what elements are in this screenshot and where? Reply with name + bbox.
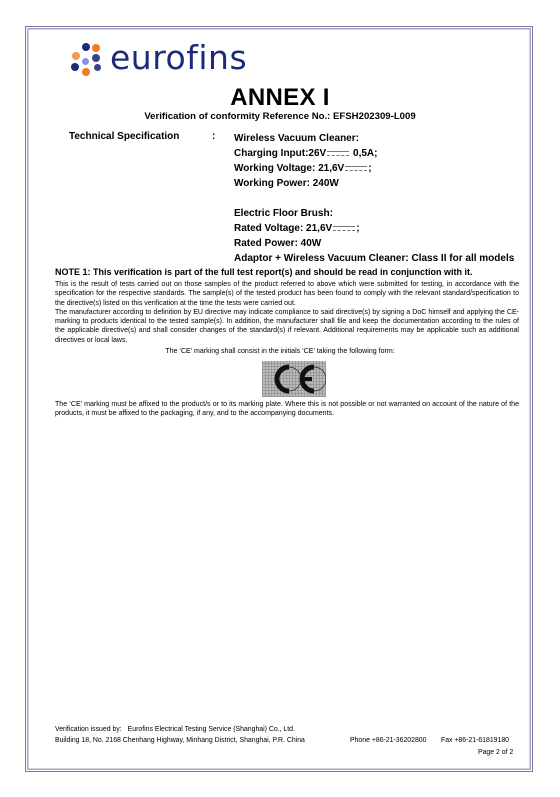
eurofins-dots-icon xyxy=(70,42,104,76)
page-number: Page 2 of 2 xyxy=(478,749,513,756)
dc-symbol-icon xyxy=(345,165,367,172)
spec-line: Adaptor + Wireless Vacuum Cleaner: Class… xyxy=(234,251,514,266)
note-body: This is the result of tests carried out … xyxy=(55,280,519,345)
spec-line: Working Voltage: 21,6V; xyxy=(234,161,514,176)
footer-issued: Verification issued by:Eurofins Electric… xyxy=(55,726,295,733)
issuer-name: Eurofins Electrical Testing Service (Sha… xyxy=(128,726,295,733)
note-heading: NOTE 1: This verification is part of the… xyxy=(55,267,473,277)
spec-line: Working Power: 240W xyxy=(234,176,514,191)
brand-name: eurofins xyxy=(110,41,247,74)
reference-number: Verification of conformity Reference No.… xyxy=(0,111,560,122)
issued-label: Verification issued by: xyxy=(55,726,122,733)
spec-label: Technical Specification xyxy=(69,131,179,142)
spec-line: Rated Voltage: 21,6V; xyxy=(234,221,514,236)
dc-symbol-icon xyxy=(333,225,355,232)
spec-group-heading: Wireless Vacuum Cleaner: xyxy=(234,131,514,146)
note-paragraph-1: This is the result of tests carried out … xyxy=(55,280,519,308)
issuer-fax: Fax +86-21-61819180 xyxy=(441,737,509,744)
spec-line: Rated Power: 40W xyxy=(234,236,514,251)
dc-symbol-icon xyxy=(327,150,349,157)
issuer-address: Building 18, No. 2168 Chenhang Highway, … xyxy=(55,737,305,744)
spec-line: Charging Input:26V 0,5A; xyxy=(234,146,514,161)
ce-affix-paragraph: The ‘CE’ marking must be affixed to the … xyxy=(55,400,519,419)
ce-caption: The ‘CE’ marking shall consist in the in… xyxy=(0,348,560,355)
eurofins-logo: eurofins xyxy=(70,41,247,77)
ce-mark-icon xyxy=(262,361,326,397)
issuer-phone: Phone +86-21-36202800 xyxy=(350,737,426,744)
note-paragraph-2: The manufacturer according to definition… xyxy=(55,308,519,345)
spec-separator: : xyxy=(212,131,215,142)
spec-group-heading: Electric Floor Brush: xyxy=(234,206,514,221)
document-title: ANNEX I xyxy=(0,84,560,112)
spec-values: Wireless Vacuum Cleaner: Charging Input:… xyxy=(234,131,514,266)
